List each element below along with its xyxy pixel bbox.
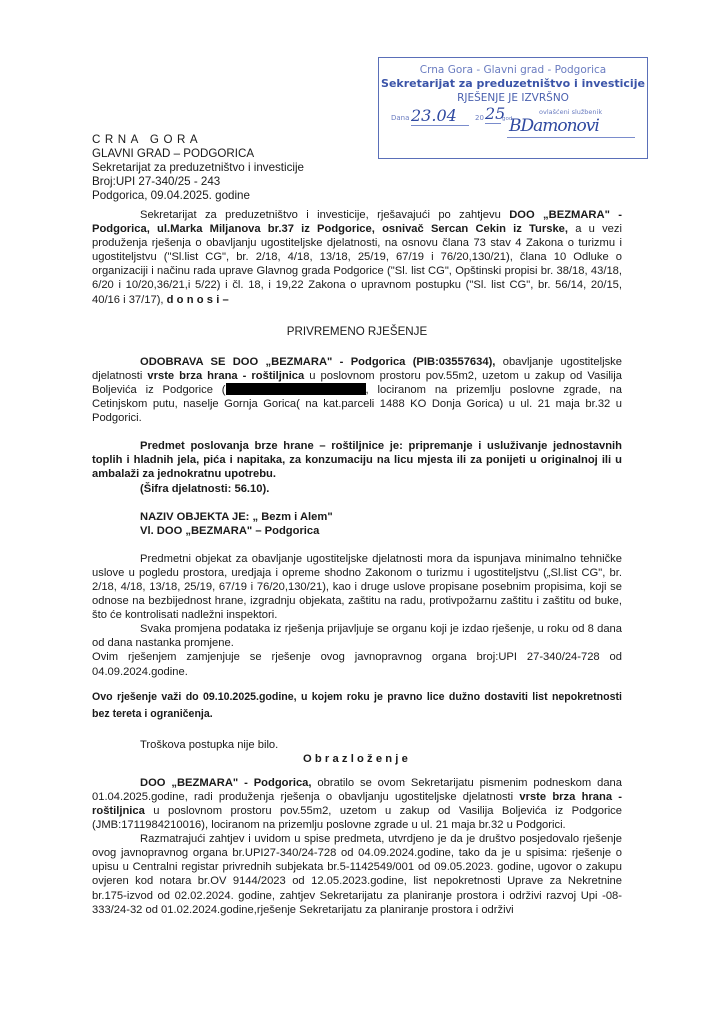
redacted-block <box>226 383 366 395</box>
header-place-date: Podgorica, 09.04.2025. godine <box>92 189 304 203</box>
document-page: Crna Gora - Glavni grad - Podgorica Sekr… <box>0 0 724 1024</box>
document-header: CRNA GORA GLAVNI GRAD – PODGORICA Sekret… <box>92 133 304 203</box>
reasoning-company: DOO „BEZMARA" - Podgorica, <box>140 777 312 789</box>
stamp-line-1: Crna Gora - Glavni grad - Podgorica <box>379 64 647 76</box>
costs-paragraph: Troškova postupka nije bilo. <box>92 738 622 752</box>
reasoning-text-2: u poslovnom prostoru pov.55m2, uzetom u … <box>92 805 622 831</box>
header-country: CRNA GORA <box>92 133 304 147</box>
validity-paragraph: Ovo rješenje važi do 09.10.2025.godine, … <box>92 689 622 724</box>
intro-text-1: Sekretarijat za preduzetništvo i investi… <box>140 209 509 221</box>
stamp-date-label: Dana <box>391 114 409 122</box>
activity-code: (Šifra djelatnosti: 56.10). <box>92 482 622 496</box>
change-notice-paragraph: Svaka promjena podataka iz rješenja prij… <box>92 622 622 650</box>
decision-title: PRIVREMENO RJEŠENJE <box>92 325 622 339</box>
stamp-date-value: 23.04 <box>411 106 469 126</box>
object-owner: Vl. DOO „BEZMARA" – Podgorica <box>92 524 622 538</box>
reasoning-paragraph-1: DOO „BEZMARA" - Podgorica, obratilo se o… <box>92 776 622 832</box>
business-subject-paragraph: Predmet poslovanja brze hrane – roštiljn… <box>92 439 622 481</box>
object-name: NAZIV OBJEKTA JE: „ Bezm i Alem" <box>92 510 622 524</box>
intro-paragraph: Sekretarijat za preduzetništvo i investi… <box>92 208 622 307</box>
approval-activity-type: vrste brza hrana - roštiljnica <box>147 370 304 382</box>
header-department: Sekretarijat za preduzetništvo i investi… <box>92 161 304 175</box>
header-case-number: Broj:UPI 27-340/25 - 243 <box>92 175 304 189</box>
intro-donosi: donosi– <box>167 294 232 306</box>
stamp-year-prefix: 20 <box>475 114 484 122</box>
reasoning-title: Obrazloženje <box>92 752 622 766</box>
conditions-paragraph: Predmetni objekat za obavljanje ugostite… <box>92 552 622 622</box>
stamp-line-3: RJEŠENJE JE IZVRŠNO <box>379 92 647 104</box>
enforceability-stamp: Crna Gora - Glavni grad - Podgorica Sekr… <box>378 57 648 159</box>
stamp-year-value: 25 <box>485 104 501 124</box>
document-body: Sekretarijat za preduzetništvo i investi… <box>92 208 622 917</box>
signature-line <box>507 137 635 138</box>
replacement-paragraph: Ovim rješenjem zamjenjuje se rješenje ov… <box>92 650 622 678</box>
approval-company: ODOBRAVA SE DOO „BEZMARA" - Podgorica (P… <box>140 356 495 368</box>
approval-paragraph: ODOBRAVA SE DOO „BEZMARA" - Podgorica (P… <box>92 355 622 425</box>
stamp-line-2: Sekretarijat za preduzetništvo i investi… <box>379 77 647 90</box>
header-city: GLAVNI GRAD – PODGORICA <box>92 147 304 161</box>
stamp-signature: BDamonovi <box>509 116 599 136</box>
stamp-official-label: ovlašćeni službenik <box>539 108 602 116</box>
reasoning-paragraph-2: Razmatrajući zahtjev i uvidom u spise pr… <box>92 832 622 917</box>
